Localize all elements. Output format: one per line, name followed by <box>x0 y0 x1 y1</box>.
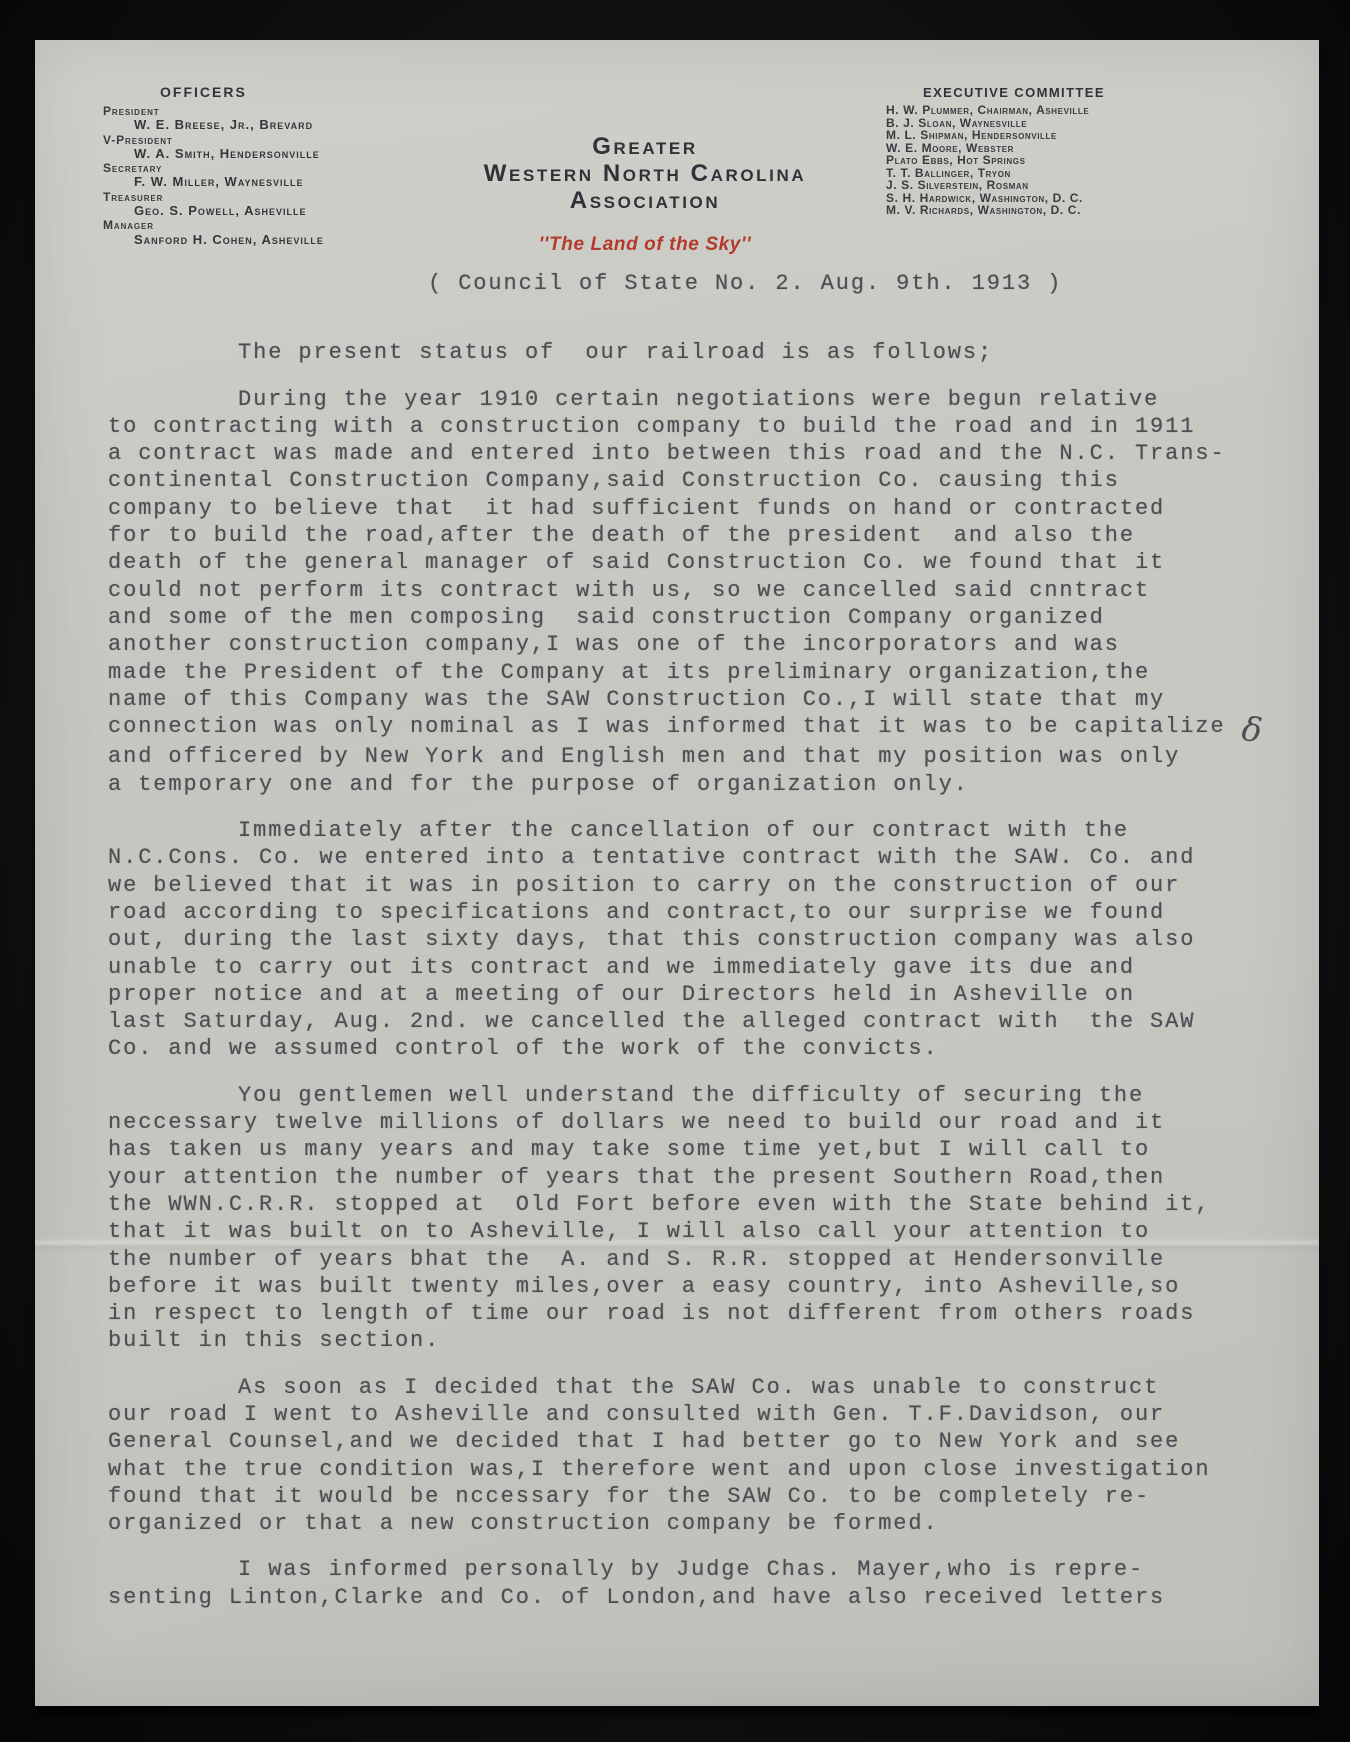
typed-line: company to believe that it had sufficien… <box>108 495 1278 522</box>
body-paragraph: I was informed personally by Judge Chas.… <box>108 1556 1278 1611</box>
typed-line: our road I went to Asheville and consult… <box>108 1401 1278 1428</box>
typed-line: made the President of the Company at its… <box>108 659 1278 686</box>
officer-role: President <box>103 104 403 118</box>
typed-line: out, during the last sixty days, that th… <box>108 926 1278 953</box>
org-name-line-1: Greater <box>415 133 875 160</box>
document-heading: ( Council of State No. 2. Aug. 9th. 1913… <box>108 270 1278 297</box>
officer-entry: SecretaryF. W. Miller, Waynesville <box>103 161 403 190</box>
executive-committee-title: EXECUTIVE COMMITTEE <box>886 85 1226 100</box>
typed-line: I was informed personally by Judge Chas.… <box>108 1556 1278 1583</box>
officers-block: OFFICERS PresidentW. E. Breese, Jr., Bre… <box>103 84 403 247</box>
officer-role: Manager <box>103 218 403 232</box>
typed-line: before it was built twenty miles,over a … <box>108 1273 1278 1300</box>
typed-line: organized or that a new construction com… <box>108 1510 1278 1537</box>
typed-line: to contracting with a construction compa… <box>108 413 1278 440</box>
typed-line: unable to carry out its contract and we … <box>108 954 1278 981</box>
officer-name: W. E. Breese, Jr., Brevard <box>103 118 403 132</box>
typed-line: the number of years bhat the A. and S. R… <box>108 1246 1278 1273</box>
committee-member: H. W. Plummer, Chairman, Asheville <box>886 104 1226 117</box>
officer-entry: PresidentW. E. Breese, Jr., Brevard <box>103 104 403 133</box>
typed-line: another construction company,I was one o… <box>108 631 1278 658</box>
committee-member: J. S. Silverstein, Rosman <box>886 179 1226 192</box>
letter-body: ( Council of State No. 2. Aug. 9th. 1913… <box>108 270 1278 1630</box>
body-paragraph: The present status of our railroad is as… <box>108 339 1278 366</box>
typed-line: last Saturday, Aug. 2nd. we cancelled th… <box>108 1008 1278 1035</box>
body-paragraph: During the year 1910 certain negotiation… <box>108 386 1278 798</box>
officer-role: Secretary <box>103 161 403 175</box>
officer-entry: ManagerSanford H. Cohen, Asheville <box>103 218 403 247</box>
typed-line: found that it would be nccessary for the… <box>108 1483 1278 1510</box>
typed-line: your attention the number of years that … <box>108 1164 1278 1191</box>
org-name-line-2: Western North Carolina <box>415 160 875 187</box>
committee-member: M. L. Shipman, Hendersonville <box>886 129 1226 142</box>
typed-line: As soon as I decided that the SAW Co. wa… <box>108 1374 1278 1401</box>
typed-line: Immediately after the cancellation of ou… <box>108 817 1278 844</box>
typed-line: could not perform its contract with us, … <box>108 577 1278 604</box>
letter-page: OFFICERS PresidentW. E. Breese, Jr., Bre… <box>35 40 1319 1706</box>
typed-line: what the true condition was,I therefore … <box>108 1456 1278 1483</box>
typed-line: we believed that it was in position to c… <box>108 872 1278 899</box>
typed-line: During the year 1910 certain negotiation… <box>108 386 1278 413</box>
officer-name: Geo. S. Powell, Asheville <box>103 204 403 218</box>
typed-line: road according to specifications and con… <box>108 899 1278 926</box>
typed-line: a temporary one and for the purpose of o… <box>108 771 1278 798</box>
org-title-block: Greater Western North Carolina Associati… <box>415 133 875 214</box>
officer-role: Treasurer <box>103 190 403 204</box>
org-name-line-3: Association <box>415 187 875 214</box>
slogan-text: ''The Land of the Sky'' <box>415 234 875 256</box>
typed-line: neccessary twelve millions of dollars we… <box>108 1109 1278 1136</box>
typed-line: the WWN.C.R.R. stopped at Old Fort befor… <box>108 1191 1278 1218</box>
officer-name: W. A. Smith, Hendersonville <box>103 147 403 161</box>
typed-line: You gentlemen well understand the diffic… <box>108 1082 1278 1109</box>
typed-line: death of the general manager of said Con… <box>108 549 1278 576</box>
body-paragraph: You gentlemen well understand the diffic… <box>108 1082 1278 1355</box>
typed-line: senting Linton,Clarke and Co. of London,… <box>108 1584 1278 1611</box>
officer-name: F. W. Miller, Waynesville <box>103 175 403 189</box>
typed-line: N.C.Cons. Co. we entered into a tentativ… <box>108 844 1278 871</box>
photo-background: OFFICERS PresidentW. E. Breese, Jr., Bre… <box>0 0 1350 1742</box>
typed-line: has taken us many years and may take som… <box>108 1136 1278 1163</box>
typed-line: and some of the men composing said const… <box>108 604 1278 631</box>
body-paragraph: As soon as I decided that the SAW Co. wa… <box>108 1374 1278 1538</box>
typed-line: that it was built on to Asheville, I wil… <box>108 1218 1278 1245</box>
executive-committee-block: EXECUTIVE COMMITTEE H. W. Plummer, Chair… <box>886 85 1226 217</box>
typed-line: name of this Company was the SAW Constru… <box>108 686 1278 713</box>
typed-line: built in this section. <box>108 1327 1278 1354</box>
officers-title: OFFICERS <box>103 84 403 100</box>
typed-line: in respect to length of time our road is… <box>108 1300 1278 1327</box>
officer-entry: V-PresidentW. A. Smith, Hendersonville <box>103 133 403 162</box>
handwritten-correction: δ <box>1240 715 1263 745</box>
typed-line: proper notice and at a meeting of our Di… <box>108 981 1278 1008</box>
officer-name: Sanford H. Cohen, Asheville <box>103 233 403 247</box>
officer-role: V-President <box>103 133 403 147</box>
typed-line: a contract was made and entered into bet… <box>108 440 1278 467</box>
typed-line: General Counsel,and we decided that I ha… <box>108 1428 1278 1455</box>
typed-line: for to build the road,after the death of… <box>108 522 1278 549</box>
typed-line: and officered by New York and English me… <box>108 743 1278 770</box>
committee-member: Plato Ebbs, Hot Springs <box>886 154 1226 167</box>
letter-paragraphs: The present status of our railroad is as… <box>108 339 1278 1611</box>
typed-line: continental Construction Company,said Co… <box>108 467 1278 494</box>
officer-entry: TreasurerGeo. S. Powell, Asheville <box>103 190 403 219</box>
typed-line: Co. and we assumed control of the work o… <box>108 1035 1278 1062</box>
committee-member: M. V. Richards, Washington, D. C. <box>886 204 1226 217</box>
officers-list: PresidentW. E. Breese, Jr., BrevardV-Pre… <box>103 104 403 247</box>
body-paragraph: Immediately after the cancellation of ou… <box>108 817 1278 1063</box>
executive-committee-list: H. W. Plummer, Chairman, AshevilleB. J. … <box>886 104 1226 217</box>
typed-line: The present status of our railroad is as… <box>108 339 1278 366</box>
typed-line: connection was only nominal as I was inf… <box>108 713 1278 743</box>
